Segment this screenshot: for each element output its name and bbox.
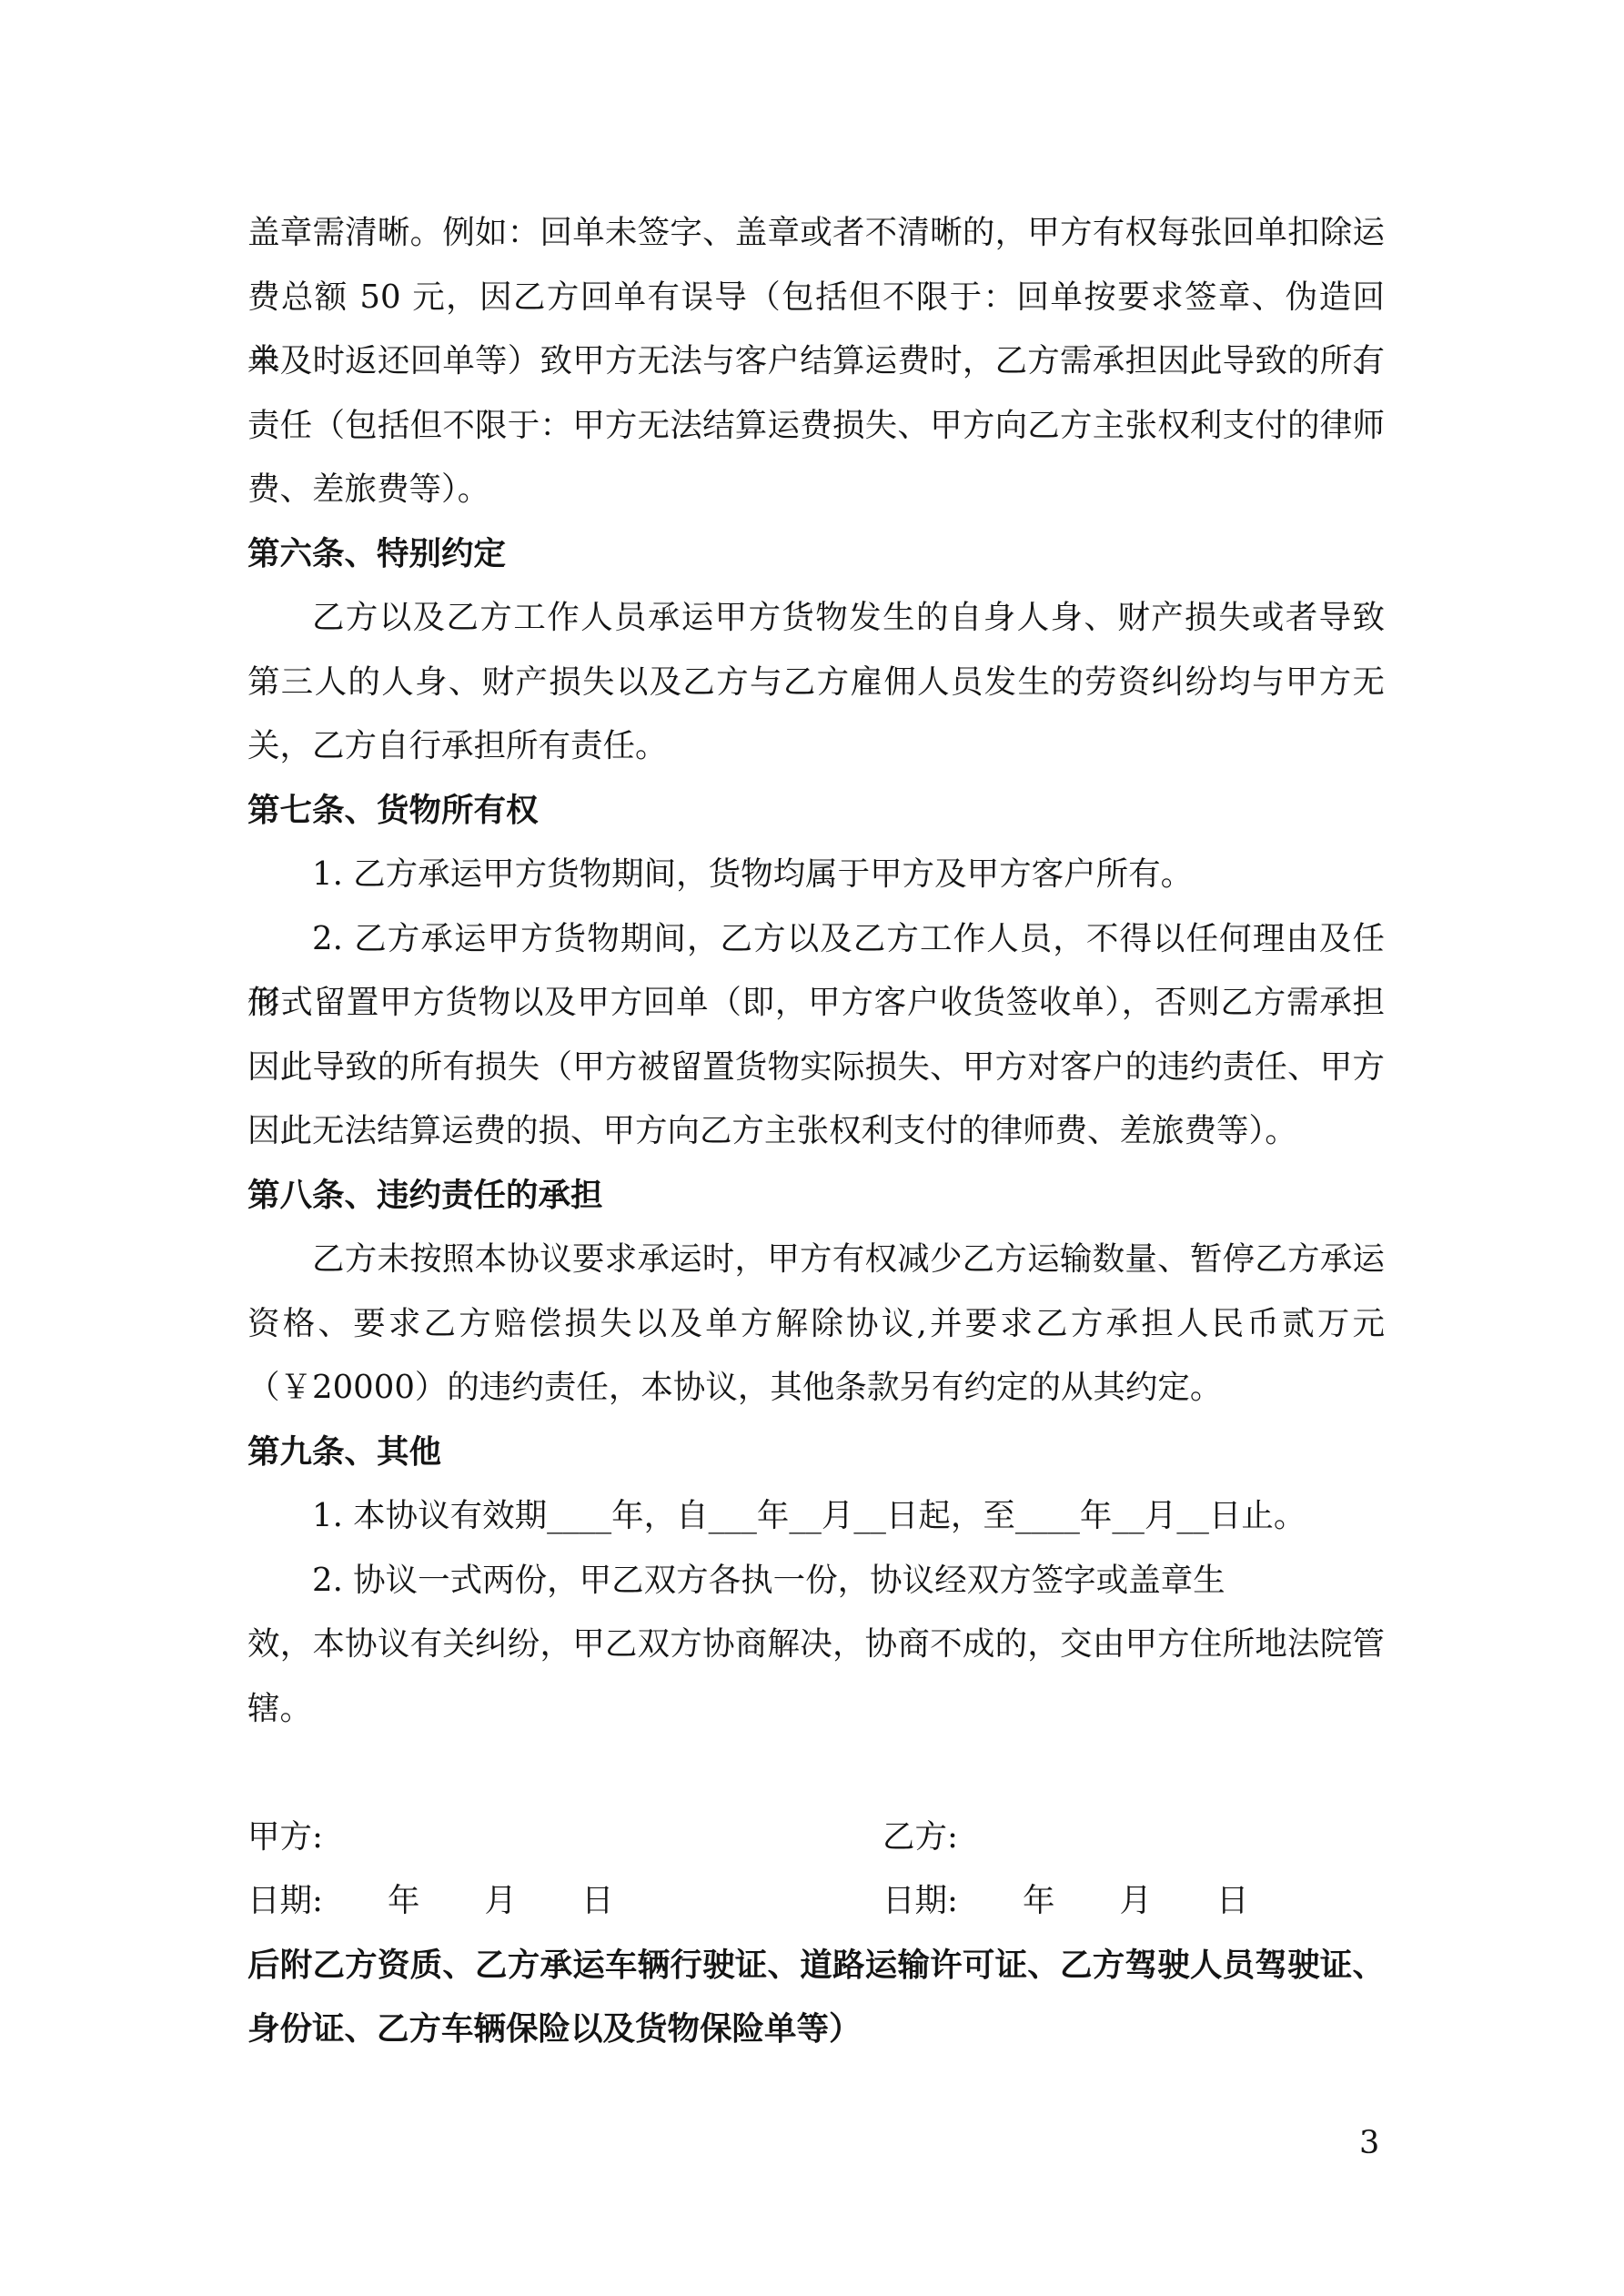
document-line: 1. 乙方承运甲方货物期间，货物均属于甲方及甲方客户所有。 [247,843,1385,907]
line-text: 关，乙方自行承担所有责任。 [247,727,668,764]
line-text: 身份证、乙方车辆保险以及货物保险单等） [247,2010,862,2048]
document-line: 2. 乙方承运甲方货物期间，乙方以及乙方工作人员，不得以任何理由及任何 [247,907,1385,972]
line-text: 第六条、特别约定 [247,535,506,572]
document-line: 第七条、货物所有权 [247,779,1385,844]
contract-body-text: 盖章需清晰。例如：回单未签字、盖章或者不清晰的，甲方有权每张回单扣除运费总额 5… [247,201,1385,2062]
document-line: 第九条、其他 [247,1421,1385,1485]
document-line: 乙方以及乙方工作人员承运甲方货物发生的自身人身、财产损失或者导致 [247,586,1385,651]
document-line: 效，本协议有关纠纷，甲乙双方协商解决，协商不成的，交由甲方住所地法院管 [247,1613,1385,1677]
line-text: 1. 乙方承运甲方货物期间，货物均属于甲方及甲方客户所有。 [312,855,1193,893]
document-line: 因此导致的所有损失（甲方被留置货物实际损失、甲方对客户的违约责任、甲方 [247,1036,1385,1100]
line-text: 未及时返还回单等）致甲方无法与客户结算运费时，乙方需承担因此导致的所有 [247,342,1385,379]
document-line: 盖章需清晰。例如：回单未签字、盖章或者不清晰的，甲方有权每张回单扣除运 [247,201,1385,266]
document-line: 乙方未按照本协议要求承运时，甲方有权减少乙方运输数量、暂停乙方承运 [247,1228,1385,1292]
line-text-right-column: 日期: 年 月 日 [883,1869,1248,1934]
line-text: 乙方未按照本协议要求承运时，甲方有权减少乙方运输数量、暂停乙方承运 [312,1240,1385,1278]
document-line: 辖。 [247,1677,1385,1742]
line-text: 辖。 [247,1690,312,1727]
line-text: 效，本协议有关纠纷，甲乙双方协商解决，协商不成的，交由甲方住所地法院管 [247,1625,1385,1663]
line-text: 第三人的人身、财产损失以及乙方与乙方雇佣人员发生的劳资纠纷均与甲方无 [247,663,1385,701]
line-text: 资格、要求乙方赔偿损失以及单方解除协议,并要求乙方承担人民币贰万元 [247,1305,1385,1342]
document-line: 2. 协议一式两份，甲乙双方各执一份，协议经双方签字或盖章生 [247,1549,1385,1613]
page-number: 3 [1359,2121,1379,2165]
line-text: 形式留置甲方货物以及甲方回单（即，甲方客户收货签收单），否则乙方需承担 [247,984,1385,1021]
line-text: 责任（包括但不限于：甲方无法结算运费损失、甲方向乙方主张权利支付的律师 [247,407,1385,444]
document-line: 第六条、特别约定 [247,522,1385,587]
line-text: 第八条、违约责任的承担 [247,1177,603,1214]
blank-line [247,1741,1385,1805]
line-text: 后附乙方资质、乙方承运车辆行驶证、道路运输许可证、乙方驾驶人员驾驶证、 [247,1947,1385,1984]
contract-document-page: 盖章需清晰。例如：回单未签字、盖章或者不清晰的，甲方有权每张回单扣除运费总额 5… [0,0,1624,2296]
document-line: 责任（包括但不限于：甲方无法结算运费损失、甲方向乙方主张权利支付的律师 [247,394,1385,459]
document-line: 形式留置甲方货物以及甲方回单（即，甲方客户收货签收单），否则乙方需承担 [247,971,1385,1036]
line-text: 费、差旅费等）。 [247,470,489,508]
document-line: 第三人的人身、财产损失以及乙方与乙方雇佣人员发生的劳资纠纷均与甲方无 [247,651,1385,715]
document-line: 关，乙方自行承担所有责任。 [247,714,1385,779]
line-text: 第九条、其他 [247,1433,441,1471]
document-line: 后附乙方资质、乙方承运车辆行驶证、道路运输许可证、乙方驾驶人员驾驶证、 [247,1934,1385,1998]
line-text: 乙方以及乙方工作人员承运甲方货物发生的自身人身、财产损失或者导致 [312,599,1385,636]
line-text: 盖章需清晰。例如：回单未签字、盖章或者不清晰的，甲方有权每张回单扣除运 [247,214,1385,251]
document-line: 费、差旅费等）。 [247,458,1385,522]
document-line: 甲方:乙方: [247,1805,1385,1870]
document-line: 因此无法结算运费的损、甲方向乙方主张权利支付的律师费、差旅费等）。 [247,1099,1385,1164]
document-line: 未及时返还回单等）致甲方无法与客户结算运费时，乙方需承担因此导致的所有 [247,329,1385,394]
document-line: 1. 本协议有效期____年，自___年__月__日起，至____年__月__日… [247,1484,1385,1549]
document-line: （￥20000）的违约责任，本协议，其他条款另有约定的从其约定。 [247,1356,1385,1421]
line-text: 1. 本协议有效期____年，自___年__月__日起，至____年__月__日… [312,1497,1306,1534]
line-text: （￥20000）的违约责任，本协议，其他条款另有约定的从其约定。 [247,1369,1222,1406]
line-text: 因此无法结算运费的损、甲方向乙方主张权利支付的律师费、差旅费等）。 [247,1112,1297,1149]
document-line: 日期: 年 月 日日期: 年 月 日 [247,1869,1385,1934]
document-line: 第八条、违约责任的承担 [247,1164,1385,1229]
document-line: 费总额 50 元，因乙方回单有误导（包括但不限于：回单按要求签章、伪造回单、 [247,266,1385,330]
document-line: 身份证、乙方车辆保险以及货物保险单等） [247,1998,1385,2062]
line-text: 甲方: [247,1818,323,1856]
line-text: 2. 协议一式两份，甲乙双方各执一份，协议经双方签字或盖章生 [312,1562,1226,1599]
line-text: 日期: 年 月 日 [247,1882,613,1919]
line-text-right-column: 乙方: [883,1805,958,1870]
line-text: 因此导致的所有损失（甲方被留置货物实际损失、甲方对客户的违约责任、甲方 [247,1048,1385,1086]
line-text: 第七条、货物所有权 [247,792,539,829]
document-line: 资格、要求乙方赔偿损失以及单方解除协议,并要求乙方承担人民币贰万元 [247,1292,1385,1357]
